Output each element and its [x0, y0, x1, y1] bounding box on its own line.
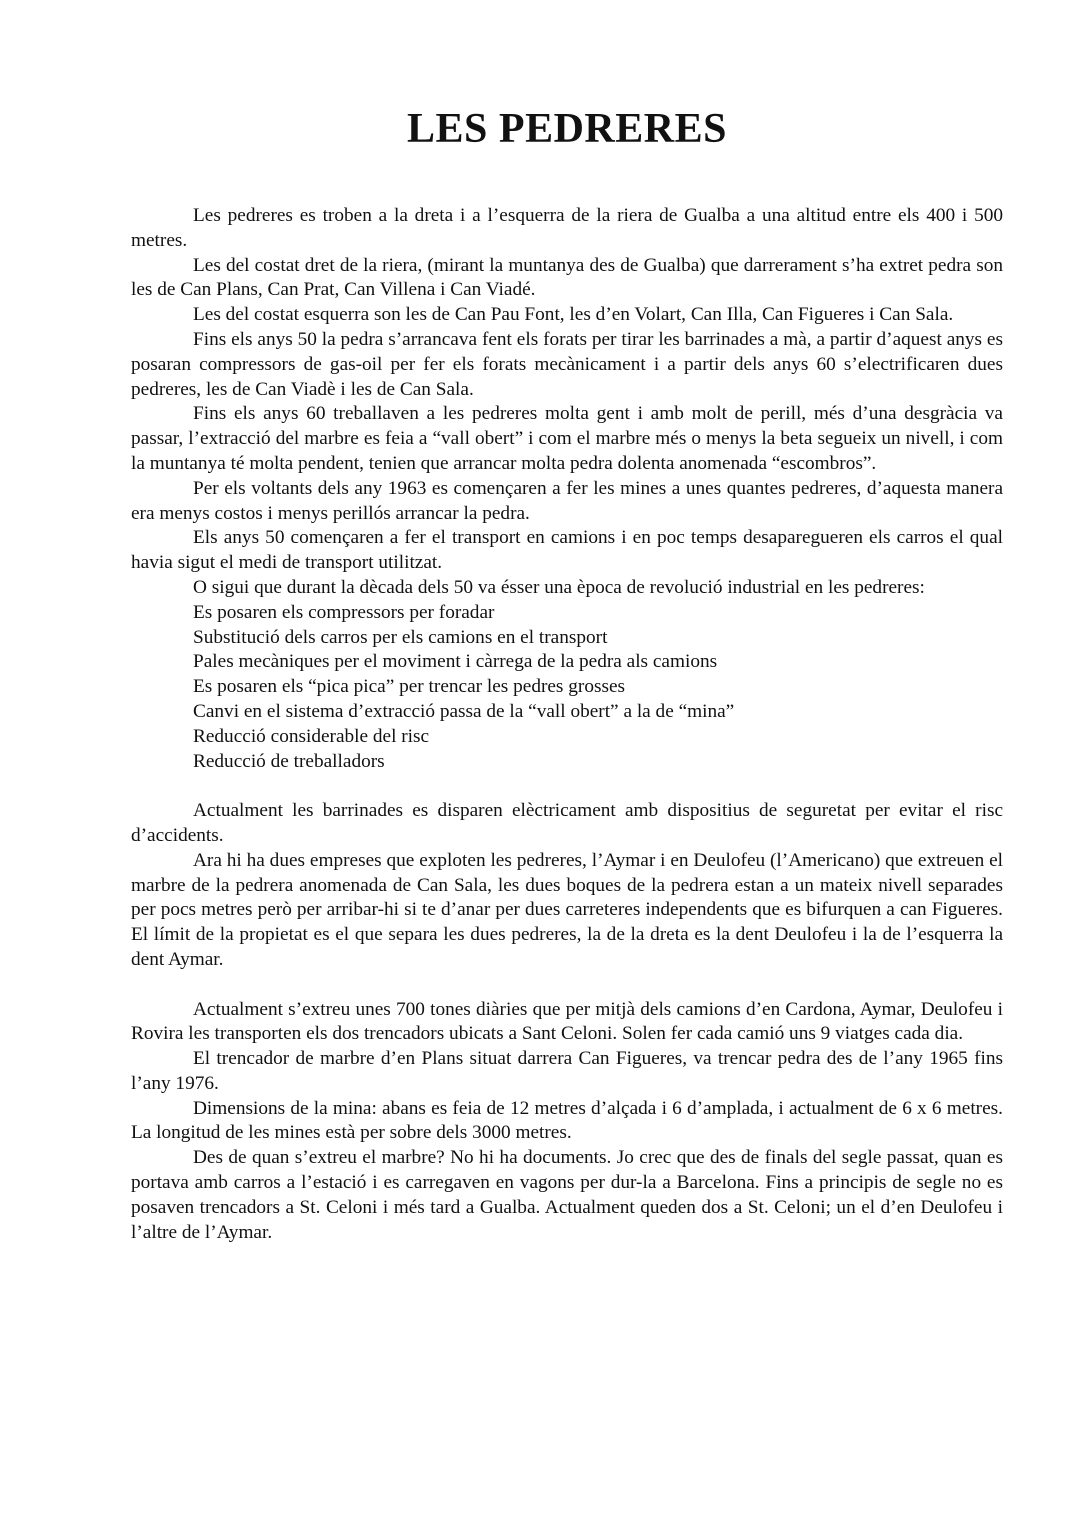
- list-item: Pales mecàniques per el moviment i càrre…: [193, 650, 1003, 675]
- paragraph-plans-crusher: El trencador de marbre d’en Plans situat…: [131, 1047, 1003, 1097]
- paragraph-fifties-extraction: Fins els anys 50 la pedra s’arrancava fe…: [131, 328, 1003, 402]
- paragraph-right-side-quarries: Les del costat dret de la riera, (mirant…: [131, 254, 1003, 304]
- page-title: LES PEDRERES: [131, 104, 1003, 154]
- paragraph-history: Des de quan s’extreu el marbre? No hi ha…: [131, 1146, 1003, 1245]
- list-item: Reducció de treballadors: [193, 750, 1003, 775]
- document-body: Les pedreres es troben a la dreta i a l’…: [131, 204, 1003, 1245]
- paragraph-mine-dimensions: Dimensions de la mina: abans es feia de …: [131, 1097, 1003, 1147]
- paragraph-companies: Ara hi ha dues empreses que exploten les…: [131, 849, 1003, 973]
- paragraph-truck-transport: Els anys 50 començaren a fer el transpor…: [131, 526, 1003, 576]
- list-item: Es posaren els compressors per foradar: [193, 601, 1003, 626]
- list-item: Es posaren els “pica pica” per trencar l…: [193, 675, 1003, 700]
- paragraph-electric-blasting: Actualment les barrinades es disparen el…: [131, 799, 1003, 849]
- paragraph-daily-tonnage: Actualment s’extreu unes 700 tones diàri…: [131, 998, 1003, 1048]
- list-item: Substitució dels carros per els camions …: [193, 626, 1003, 651]
- list-item: Canvi en el sistema d’extracció passa de…: [193, 700, 1003, 725]
- list-item: Reducció considerable del risc: [193, 725, 1003, 750]
- blank-line: [131, 774, 1003, 799]
- paragraph-left-side-quarries: Les del costat esquerra son les de Can P…: [131, 303, 1003, 328]
- paragraph-sixties-danger: Fins els anys 60 treballaven a les pedre…: [131, 402, 1003, 476]
- changes-list: Es posaren els compressors per foradar S…: [131, 601, 1003, 775]
- paragraph-mines-1963: Per els voltants dels any 1963 es començ…: [131, 477, 1003, 527]
- paragraph-industrial-revolution: O sigui que durant la dècada dels 50 va …: [131, 576, 1003, 601]
- paragraph-location: Les pedreres es troben a la dreta i a l’…: [131, 204, 1003, 254]
- blank-line: [131, 973, 1003, 998]
